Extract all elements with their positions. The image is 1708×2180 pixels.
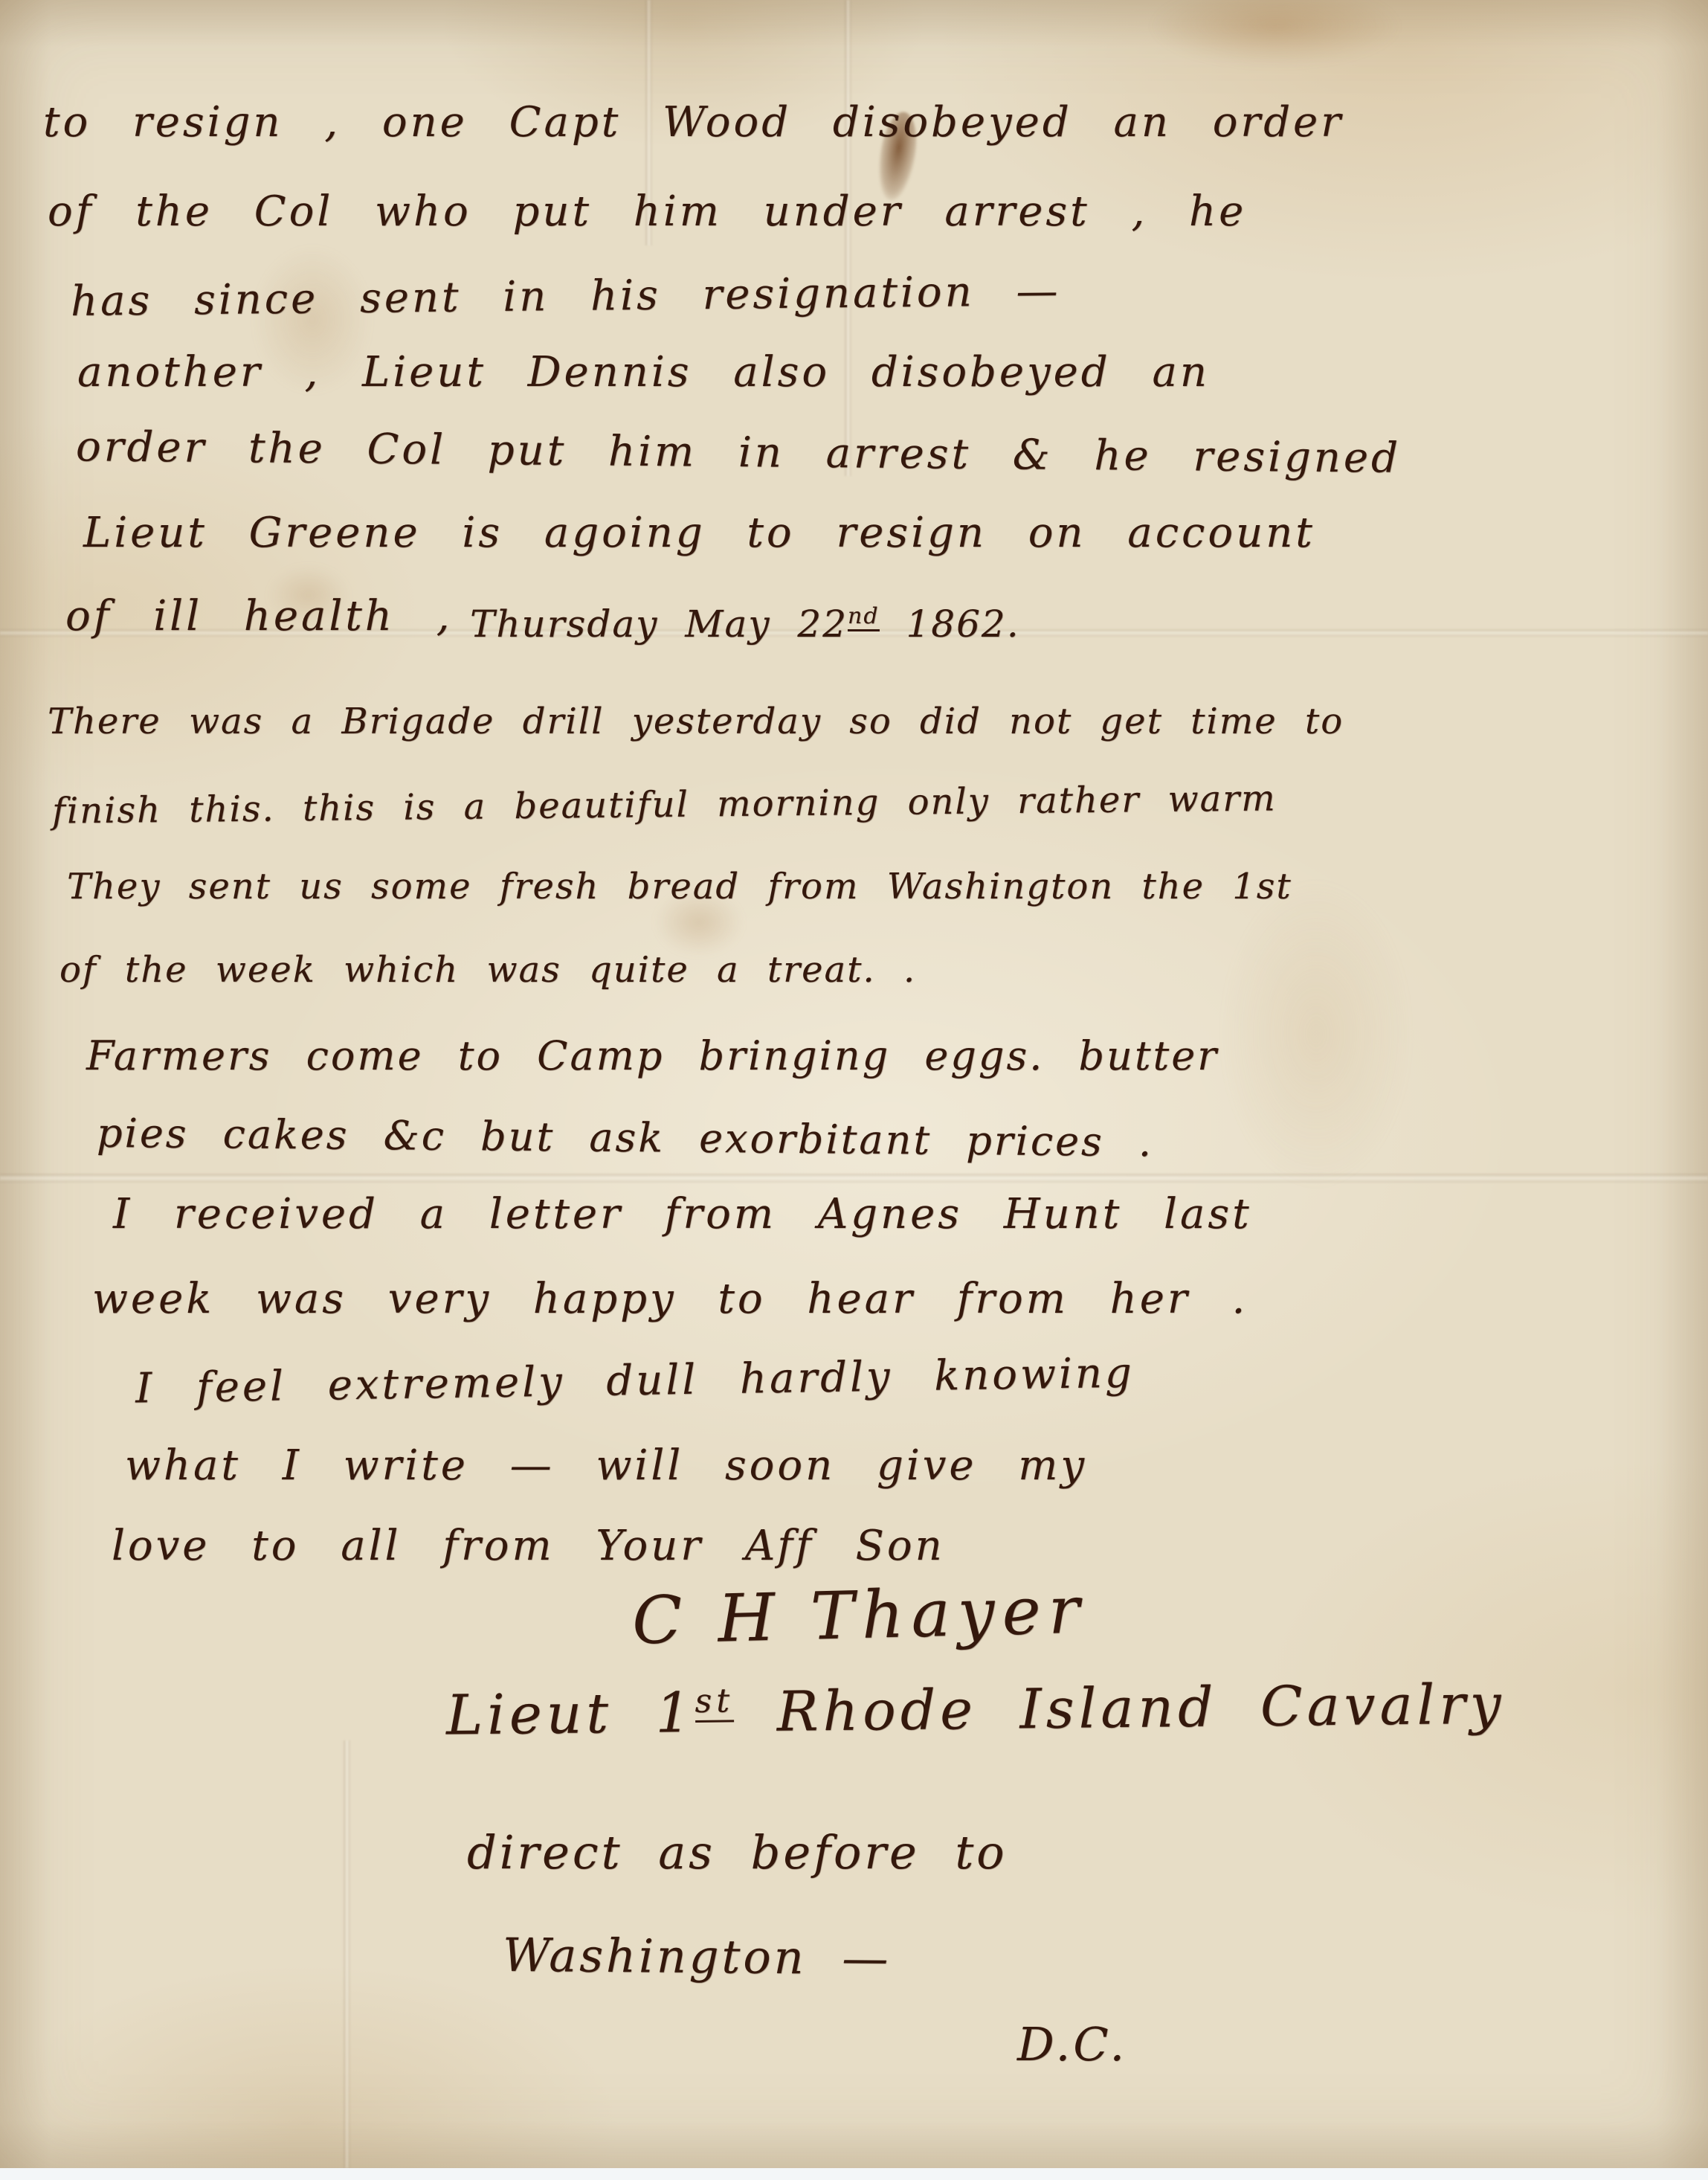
date-year: 1862. [880,602,1020,646]
fold-crease-vertical-top [845,0,851,476]
handwriting-line: pies cakes &c but ask exorbitant prices … [97,1110,1154,1165]
handwriting-line: week was very happy to hear from her . [92,1275,1248,1323]
postscript-line: direct as before to [467,1825,1008,1880]
postscript-line: Washington — [503,1928,892,1986]
fold-crease-horizontal-middle [0,1174,1708,1183]
handwriting-line: to resign , one Capt Wood disobeyed an o… [43,98,1344,147]
handwriting-line: another , Lieut Dennis also disobeyed an [77,348,1210,396]
letter-page: to resign , one Capt Wood disobeyed an o… [0,0,1708,2168]
handwriting-line: of ill health , [65,592,452,640]
rank-text: Lieut 1 [446,1681,695,1747]
handwriting-line: finish this. this is a beautiful morning… [52,777,1277,832]
postscript-line: D.C. [1017,2017,1127,2071]
scanner-edge-strip [0,2168,1708,2180]
age-stain [1219,878,1413,1190]
handwriting-line: what I write — will soon give my [125,1441,1087,1490]
handwriting-line: They sent us some fresh bread from Washi… [67,866,1292,907]
date-ordinal: nd [848,603,880,631]
handwriting-line: Lieut Greene is agoing to resign on acco… [83,509,1315,557]
handwriting-line: of the Col who put him under arrest , he [48,187,1246,236]
handwriting-line: of the week which was quite a treat. . [59,949,916,991]
handwriting-line: love to all from Your Aff Son [112,1522,945,1570]
date-text: Thursday May 22 [470,602,848,646]
signature-name: C H Thayer [631,1572,1088,1659]
rank-ordinal: st [695,1682,734,1723]
age-stain [1149,0,1402,67]
date-line: Thursday May 22nd 1862. [470,602,1020,646]
handwriting-line: order the Col put him in arrest & he res… [76,422,1401,483]
rank-unit: Rhode Island Cavalry [734,1673,1506,1745]
handwriting-line: Farmers come to Camp bringing eggs. butt… [86,1032,1219,1079]
handwriting-line: There was a Brigade drill yesterday so d… [48,701,1344,742]
fold-crease-vertical-bottom [344,1740,350,2168]
handwriting-line: I feel extremely dull hardly knowing [135,1348,1135,1412]
signature-rank: Lieut 1st Rhode Island Cavalry [446,1673,1506,1748]
handwriting-line: has since sent in his resignation — [71,267,1061,326]
handwriting-line: I received a letter from Agnes Hunt last [113,1190,1252,1238]
